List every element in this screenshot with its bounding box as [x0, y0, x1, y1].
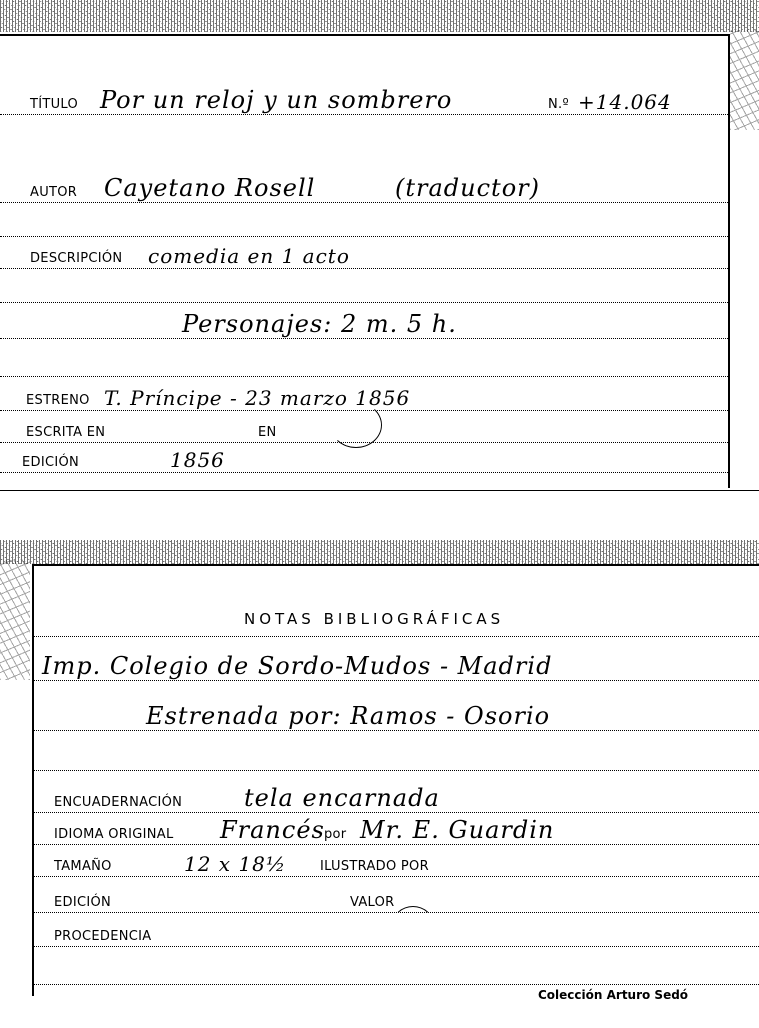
value-idioma-original: Francés: [220, 816, 325, 844]
card-separator: [0, 490, 759, 491]
scan-noise-middle: [0, 540, 759, 564]
label-en: EN: [258, 425, 277, 440]
value-tamano: 12 x 18½: [184, 852, 286, 876]
row-blank-1: [0, 208, 728, 237]
label-procedencia: PROCEDENCIA: [54, 929, 151, 944]
label-tamano: TAMAÑO: [54, 859, 112, 874]
row-note-1: Imp. Colegio de Sordo-Mudos - Madrid: [34, 652, 759, 681]
label-numero: N.º: [548, 97, 569, 112]
value-por: Mr. E. Guardin: [360, 816, 554, 844]
value-autor-role: (traductor): [395, 174, 540, 202]
catalog-card-front: TÍTULO Por un reloj y un sombrero N.º +1…: [0, 34, 730, 488]
row-note-2: Estrenada por: Ramos - Osorio: [34, 702, 759, 731]
value-encuadernacion: tela encarnada: [244, 784, 440, 812]
row-edicion: EDICIÓN 1856: [0, 444, 728, 473]
punch-hole-mark: [330, 402, 382, 448]
row-tamano: TAMAÑO 12 x 18½ ILUSTRADO POR: [34, 848, 759, 877]
note-1: Imp. Colegio de Sordo-Mudos - Madrid: [42, 652, 552, 680]
label-edicion: EDICIÓN: [22, 455, 79, 470]
catalog-card-back: NOTAS BIBLIOGRÁFICAS Imp. Colegio de Sor…: [32, 564, 759, 996]
label-autor: AUTOR: [30, 185, 77, 200]
value-descripcion: comedia en 1 acto: [148, 244, 350, 268]
label-descripcion: DESCRIPCIÓN: [30, 251, 122, 266]
label-estreno: ESTRENO: [26, 393, 90, 408]
label-valor: VALOR: [350, 895, 395, 910]
row-blank-5: [34, 956, 759, 985]
label-titulo: TÍTULO: [30, 97, 78, 112]
label-encuadernacion: ENCUADERNACIÓN: [54, 795, 182, 810]
row-encuadernacion: ENCUADERNACIÓN tela encarnada: [34, 784, 759, 813]
scan-noise-left: [0, 560, 30, 680]
row-titulo: TÍTULO Por un reloj y un sombrero N.º +1…: [0, 86, 728, 115]
value-autor: Cayetano Rosell: [104, 174, 315, 202]
value-edicion: 1856: [170, 448, 225, 472]
row-idioma-original: IDIOMA ORIGINAL Francés por Mr. E. Guard…: [34, 816, 759, 845]
label-escrita-en: ESCRITA EN: [26, 425, 105, 440]
row-heading-line: [34, 608, 759, 637]
scan-noise-right: [730, 30, 759, 130]
label-edicion-bottom: EDICIÓN: [54, 895, 111, 910]
label-por: por: [324, 827, 346, 842]
row-blank-2: [0, 274, 728, 303]
value-numero: +14.064: [578, 90, 672, 114]
label-idioma-original: IDIOMA ORIGINAL: [54, 827, 174, 842]
row-autor: AUTOR Cayetano Rosell (traductor): [0, 174, 728, 203]
value-titulo: Por un reloj y un sombrero: [100, 86, 452, 114]
row-descripcion: DESCRIPCIÓN comedia en 1 acto: [0, 240, 728, 269]
scan-noise-top: [0, 0, 759, 32]
row-edicion-bottom: EDICIÓN VALOR: [34, 884, 759, 913]
value-personajes: Personajes: 2 m. 5 h.: [182, 310, 457, 338]
row-personajes: Personajes: 2 m. 5 h.: [0, 310, 728, 339]
row-blank-4: [34, 742, 759, 771]
row-blank-3: [0, 348, 728, 377]
note-2: Estrenada por: Ramos - Osorio: [146, 702, 550, 730]
collection-credit: Colección Arturo Sedó: [538, 988, 688, 1002]
punch-hole-mark-bottom: [392, 906, 434, 944]
label-ilustrado-por: ILUSTRADO POR: [320, 859, 429, 874]
